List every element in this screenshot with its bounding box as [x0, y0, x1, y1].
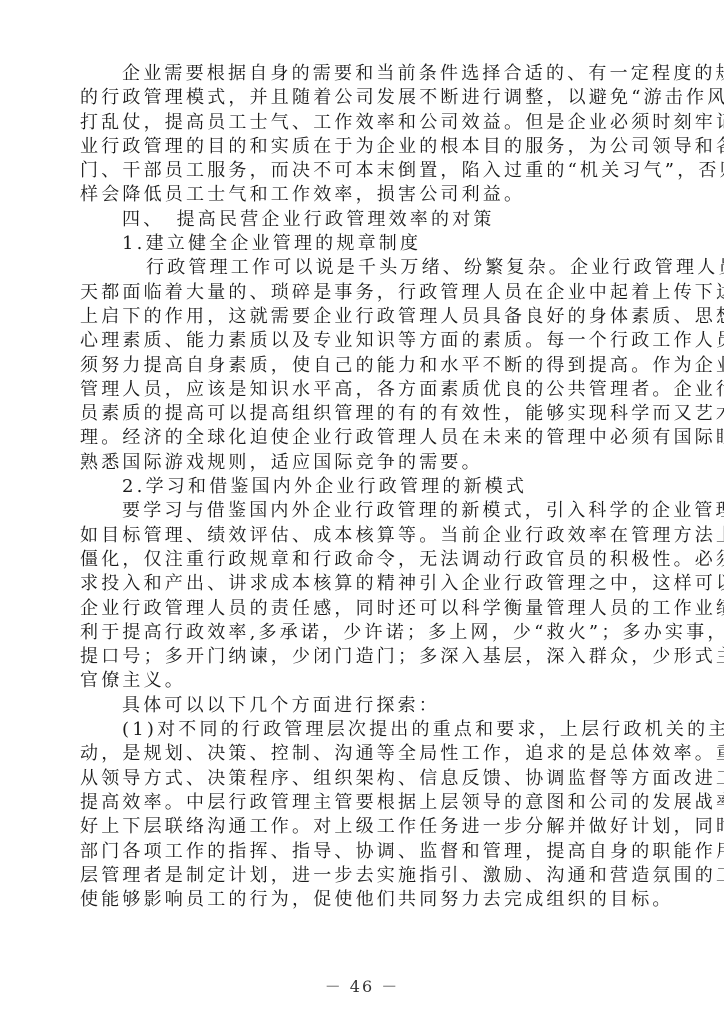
page-number: － 46 －: [0, 974, 724, 997]
text-line: 企业需要根据自身的需要和当前条件选择合适的、有一定程度的规范性: [80, 62, 644, 86]
paragraph-explore-intro: 具体可以以下几个方面进行探索：: [80, 694, 644, 718]
subsection-heading-1: 1.建立健全企业管理的规章制度: [80, 232, 644, 256]
text-line: (1)对不同的行政管理层次提出的重点和要求，上层行政机关的主要活: [80, 718, 644, 742]
section-heading: 四、 提高民营企业行政管理效率的对策: [80, 208, 644, 232]
text-line: 官僚主义。: [80, 669, 644, 693]
text-line: 层管理者是制定计划，进一步去实施指引、激励、沟通和营造氛围的工作以: [80, 864, 644, 888]
text-line: 好上下层联络沟通工作。对上级工作任务进一步分解并做好计划，同时做好: [80, 815, 644, 839]
text-line: 如目标管理、绩效评估、成本核算等。当前企业行政效率在管理方法上陈旧: [80, 524, 644, 548]
text-line: 业行政管理的目的和实质在于为企业的根本目的服务，为公司领导和各个部: [80, 135, 644, 159]
text-line: 动，是规划、决策、控制、沟通等全局性工作，追求的是总体效率。重点要: [80, 742, 644, 766]
text-line: 天都面临着大量的、琐碎是事务，行政管理人员在企业中起着上传下达、承: [80, 281, 644, 305]
text-line: 部门各项工作的指挥、指导、协调、监督和管理，提高自身的职能作用。基: [80, 840, 644, 864]
document-page: 企业需要根据自身的需要和当前条件选择合适的、有一定程度的规范性 的行政管理模式，…: [80, 62, 644, 912]
text-line: 要学习与借鉴国内外企业行政管理的新模式，引入科学的企业管理方法，: [80, 499, 644, 523]
text-line: 求投入和产出、讲求成本核算的精神引入企业行政管理之中，这样可以提高: [80, 572, 644, 596]
text-line: 理。经济的全球化迫使企业行政管理人员在未来的管理中必须有国际眼光，: [80, 426, 644, 450]
text-line: 管理人员，应该是知识水平高，各方面素质优良的公共管理者。企业行政人: [80, 378, 644, 402]
text-line: 提高效率。中层行政管理主管要根据上层领导的意图和公司的发展战率，做: [80, 791, 644, 815]
text-line: 须努力提高自身素质，使自己的能力和水平不断的得到提高。作为企业行政: [80, 354, 644, 378]
paragraph-regulations: 行政管理工作可以说是千头万绪、纷繁复杂。企业行政管理人员每 天都面临着大量的、琐…: [80, 256, 644, 475]
text-line: 从领导方式、决策程序、组织架构、信息反馈、协调监督等方面改进工作，: [80, 767, 644, 791]
text-line: 的行政管理模式，并且随着公司发展不断进行调整，以避免“游击作风”、: [80, 86, 644, 110]
text-line: 使能够影响员工的行为，促使他们共同努力去完成组织的目标。: [80, 888, 644, 912]
text-line: 行政管理工作可以说是千头万绪、纷繁复杂。企业行政管理人员每: [80, 256, 644, 280]
text-line: 提口号；多开门纳谏，少闭门造门；多深入基层，深入群众，少形式主义，: [80, 645, 644, 669]
subsection-heading-2: 2.学习和借鉴国内外企业行政管理的新模式: [80, 475, 644, 499]
text-line: 员素质的提高可以提高组织管理的有的有效性，能够实现科学而又艺术的管: [80, 402, 644, 426]
paragraph-levels: (1)对不同的行政管理层次提出的重点和要求，上层行政机关的主要活 动，是规划、决…: [80, 718, 644, 912]
text-line: 心理素质、能力素质以及专业知识等方面的素质。每一个行政工作人员都必: [80, 329, 644, 353]
paragraph-new-models: 要学习与借鉴国内外企业行政管理的新模式，引入科学的企业管理方法， 如目标管理、绩…: [80, 499, 644, 693]
text-line: 上启下的作用，这就需要企业行政管理人员具备良好的身体素质、思想素质、: [80, 305, 644, 329]
paragraph-intro: 企业需要根据自身的需要和当前条件选择合适的、有一定程度的规范性 的行政管理模式，…: [80, 62, 644, 208]
text-line: 僵化，仅注重行政规章和行政命令，无法调动行政官员的积极性。必须把讲: [80, 548, 644, 572]
text-line: 门、干部员工服务，而决不可本末倒置，陷入过重的“机关习气”，否则同: [80, 159, 644, 183]
text-line: 熟悉国际游戏规则，适应国际竞争的需要。: [80, 451, 644, 475]
text-line: 打乱仗，提高员工士气、工作效率和公司效益。但是企业必须时刻牢记，企: [80, 111, 644, 135]
text-line: 企业行政管理人员的责任感，同时还可以科学衡量管理人员的工作业绩，有: [80, 597, 644, 621]
text-line: 利于提高行政效率,多承诺，少许诺；多上网，少“救火”；多办实事，少: [80, 621, 644, 645]
text-line: 样会降低员工士气和工作效率，损害公司利益。: [80, 183, 644, 207]
